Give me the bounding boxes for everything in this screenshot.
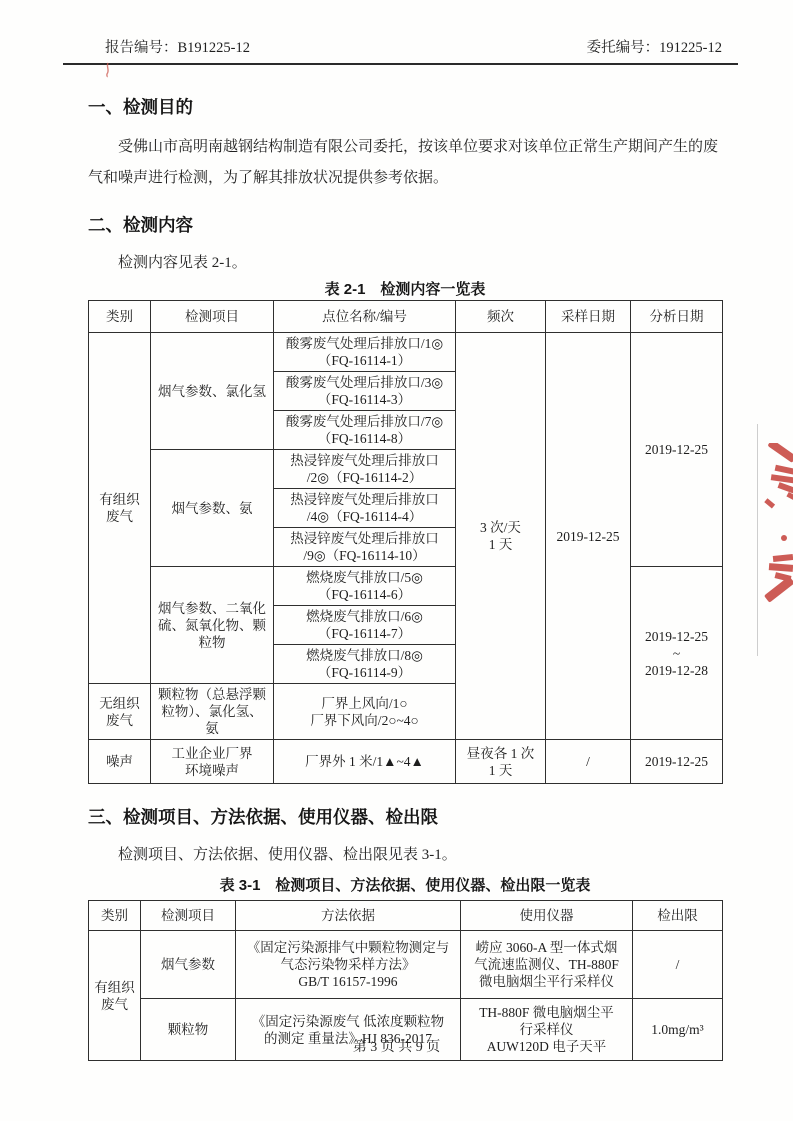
red-seal-fragment — [757, 443, 793, 615]
table3-caption: 表 3-1 检测项目、方法依据、使用仪器、检出限一览表 — [88, 876, 722, 896]
scan-edge-line — [757, 424, 758, 656]
content-table: 类别 检测项目 点位名称/编号 频次 采样日期 分析日期 有组织 废气 烟气参数… — [88, 300, 723, 784]
t2-header-point: 点位名称/编号 — [274, 301, 456, 333]
analysis-date-b: 2019-12-25 ~ 2019-12-28 — [631, 567, 723, 740]
table-row: 噪声 工业企业厂界 环境噪声 厂界外 1 米/1▲~4▲ 昼夜各 1 次 1 天… — [89, 740, 723, 784]
item-noise: 工业企业厂界 环境噪声 — [151, 740, 274, 784]
point-cell: 热浸锌废气处理后排放口 /4◎（FQ-16114-4） — [274, 489, 456, 528]
sample-date-noise: / — [546, 740, 631, 784]
client-number-label: 委托编号： — [587, 40, 660, 56]
table3-intro: 检测项目、方法依据、使用仪器、检出限见表 3-1。 — [88, 844, 722, 866]
t2-header-category: 类别 — [89, 301, 151, 333]
doc-header: 报告编号：B191225-12 委托编号：191225-12 — [63, 36, 738, 65]
seal-strokes-icon — [757, 443, 793, 615]
category-unorganized: 无组织 废气 — [89, 684, 151, 740]
point-cell: 酸雾废气处理后排放口/1◎ （FQ-16114-1） — [274, 333, 456, 372]
item-unorganized: 颗粒物（总悬浮颗 粒物）、氯化氢、 氨 — [151, 684, 274, 740]
t2-header-sample-date: 采样日期 — [546, 301, 631, 333]
report-number-value: B191225-12 — [178, 40, 251, 56]
table-row: 有组织 废气 烟气参数、氯化氢 酸雾废气处理后排放口/1◎ （FQ-16114-… — [89, 333, 723, 372]
table-header-row: 类别 检测项目 点位名称/编号 频次 采样日期 分析日期 — [89, 301, 723, 333]
t3-header-instrument: 使用仪器 — [461, 901, 633, 931]
table-header-row: 类别 检测项目 方法依据 使用仪器 检出限 — [89, 901, 723, 931]
t3-header-item: 检测项目 — [141, 901, 236, 931]
t2-header-analysis-date: 分析日期 — [631, 301, 723, 333]
section-2-title: 二、检测内容 — [88, 214, 722, 236]
sample-date-main: 2019-12-25 — [546, 333, 631, 740]
client-number: 委托编号：191225-12 — [587, 36, 722, 57]
point-cell: 酸雾废气处理后排放口/3◎ （FQ-16114-3） — [274, 372, 456, 411]
analysis-date-noise: 2019-12-25 — [631, 740, 723, 784]
point-cell: 燃烧废气排放口/8◎ （FQ-16114-9） — [274, 645, 456, 684]
point-cell: 厂界外 1 米/1▲~4▲ — [274, 740, 456, 784]
category-noise: 噪声 — [89, 740, 151, 784]
purpose-paragraph: 受佛山市高明南越钢结构制造有限公司委托，按该单位要求对该单位正常生产期间产生的废… — [88, 132, 722, 194]
document-body: 一、检测目的 受佛山市高明南越钢结构制造有限公司委托，按该单位要求对该单位正常生… — [88, 82, 722, 1061]
point-cell: 燃烧废气排放口/6◎ （FQ-16114-7） — [274, 606, 456, 645]
category-organized: 有组织 废气 — [89, 333, 151, 684]
document-page: 报告编号：B191225-12 委托编号：191225-12 一、检测目的 受佛… — [0, 0, 793, 1121]
analysis-date-a: 2019-12-25 — [631, 333, 723, 567]
point-cell: 酸雾废气处理后排放口/7◎ （FQ-16114-8） — [274, 411, 456, 450]
t3-header-limit: 检出限 — [633, 901, 723, 931]
table-row: 有组织 废气 烟气参数 《固定污染源排气中颗粒物测定与 气态污染物采样方法》 G… — [89, 931, 723, 999]
t2-header-frequency: 频次 — [456, 301, 546, 333]
report-number: 报告编号：B191225-12 — [105, 36, 250, 57]
point-cell: 热浸锌废气处理后排放口 /2◎（FQ-16114-2） — [274, 450, 456, 489]
section-1-title: 一、检测目的 — [88, 96, 722, 118]
t2-header-item: 检测项目 — [151, 301, 274, 333]
t3-header-method: 方法依据 — [236, 901, 461, 931]
point-cell: 厂界上风向/1○ 厂界下风向/2○~4○ — [274, 684, 456, 740]
item-group-1: 烟气参数、氯化氢 — [151, 333, 274, 450]
instrument-cell: 崂应 3060-A 型一体式烟 气流速监测仪、TH-880F 微电脑烟尘平行采样… — [461, 931, 633, 999]
point-cell: 热浸锌废气处理后排放口 /9◎（FQ-16114-10） — [274, 528, 456, 567]
page-number: 第 3 页 共 9 页 — [0, 1036, 793, 1056]
client-number-value: 191225-12 — [659, 40, 722, 56]
point-cell: 燃烧废气排放口/5◎ （FQ-16114-6） — [274, 567, 456, 606]
item-cell: 烟气参数 — [141, 931, 236, 999]
item-group-3: 烟气参数、二氧化 硫、氮氧化物、颗 粒物 — [151, 567, 274, 684]
frequency-main: 3 次/天 1 天 — [456, 333, 546, 740]
method-cell: 《固定污染源排气中颗粒物测定与 气态污染物采样方法》 GB/T 16157-19… — [236, 931, 461, 999]
table2-caption: 表 2-1 检测内容一览表 — [88, 280, 722, 300]
item-group-2: 烟气参数、氨 — [151, 450, 274, 567]
section-3-title: 三、检测项目、方法依据、使用仪器、检出限 — [88, 806, 722, 828]
t3-header-category: 类别 — [89, 901, 141, 931]
frequency-noise: 昼夜各 1 次 1 天 — [456, 740, 546, 784]
report-number-label: 报告编号： — [105, 40, 178, 56]
pen-mark — [103, 62, 113, 83]
table2-intro: 检测内容见表 2-1。 — [88, 252, 722, 274]
limit-cell: / — [633, 931, 723, 999]
